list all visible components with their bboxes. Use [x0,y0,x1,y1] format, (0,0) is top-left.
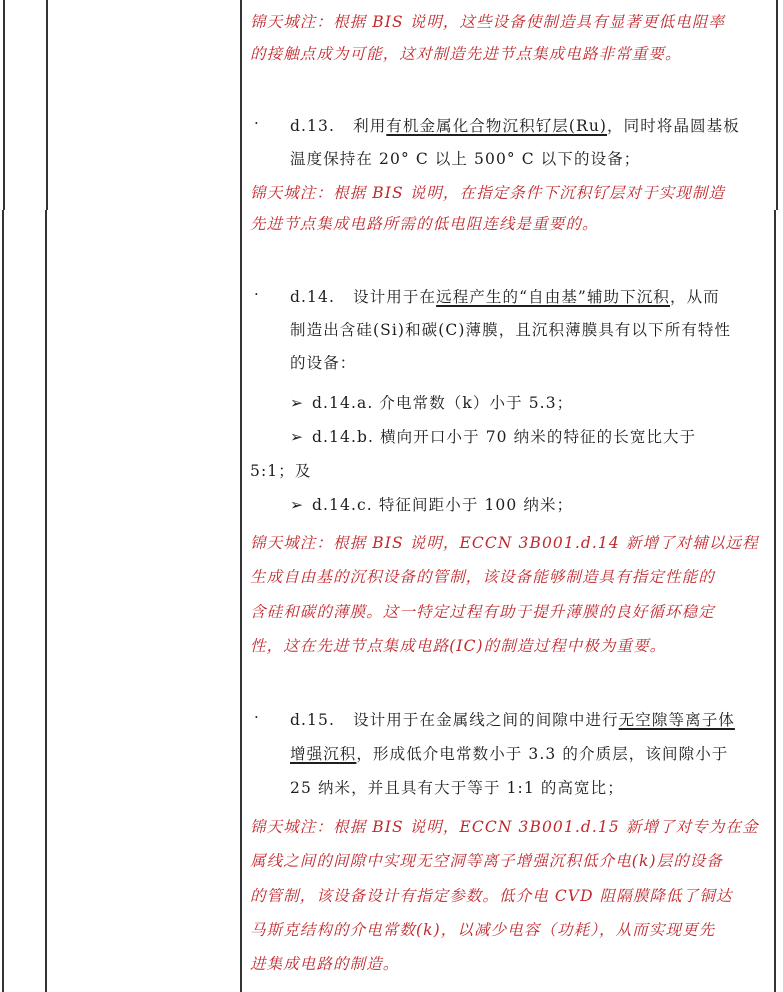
bullet-icon: · [254,114,259,132]
note-line: 马斯克结构的介电常数(k)，以减少电容（功耗），从而实现更先 [250,918,715,940]
note-line: 先进节点集成电路所需的低电阻连线是重要的。 [250,212,599,234]
note-line: 锦天城注：根据 BIS 说明，ECCN 3B001.d.15 新增了对专为在金 [250,815,759,837]
arrow-bullet-icon: ➢ [290,496,312,514]
underlined-term: 增强沉积 [290,745,356,763]
subitem-text: d.14.a. 介电常数（k）小于 5.3； [312,394,573,412]
item-text: 设计用于在金属线之间的间隙中进行 [353,711,619,729]
note-line: 锦天城注：根据 BIS 说明，ECCN 3B001.d.14 新增了对辅以远程 [250,531,759,553]
subitem-d14b: ➢d.14.b. 横向开口小于 70 纳米的特征的长宽比大于 [290,425,696,447]
subitem-d14b-cont: 5:1；及 [250,459,311,481]
item-text: 设计用于在 [353,288,436,306]
table-border-col3 [240,0,242,992]
note-line: 锦天城注：根据 BIS 说明，这些设备使制造具有显著更低电阻率 [250,10,725,32]
item-id: d.14. [290,288,335,306]
table-border-right-bottom [774,210,776,992]
table-border-col2-bottom [45,210,47,992]
item-id: d.15. [290,711,335,729]
note-line: 生成自由基的沉积设备的管制，该设备能够制造具有指定性能的 [250,565,715,587]
note-line: 性，这在先进节点集成电路(IC)的制造过程中极为重要。 [250,634,666,656]
bullet-icon: · [254,708,259,726]
note-line: 锦天城注：根据 BIS 说明，在指定条件下沉积钌层对于实现制造 [250,181,725,203]
underlined-term: 有机金属化合物沉积钌层(Ru) [386,117,607,135]
arrow-bullet-icon: ➢ [290,394,312,412]
item-d15-line1: d.15. 设计用于在金属线之间的间隙中进行无空隙等离子体 [290,708,735,730]
subitem-d14c: ➢d.14.c. 特征间距小于 100 纳米； [290,493,573,515]
item-d14-line2: 制造出含硅(Si)和碳(C)薄膜，且沉积薄膜具有以下所有特性 [290,318,731,340]
table-border-right-top [776,0,778,210]
item-text: ，同时将晶圆基板 [607,117,740,135]
subitem-d14a: ➢d.14.a. 介电常数（k）小于 5.3； [290,391,573,413]
item-d13-line1: d.13. 利用有机金属化合物沉积钌层(Ru)，同时将晶圆基板 [290,114,740,136]
note-line: 的接触点成为可能，这对制造先进节点集成电路非常重要。 [250,42,682,64]
underlined-term: 无空隙等离子体 [619,711,735,729]
table-border-col2-top [46,0,48,210]
table-border-left-bottom [2,210,4,992]
note-line: 含硅和碳的薄膜。这一特定过程有助于提升薄膜的良好循环稳定 [250,600,715,622]
item-d14-line3: 的设备： [290,351,356,373]
subitem-text: d.14.b. 横向开口小于 70 纳米的特征的长宽比大于 [312,428,696,446]
table-border-left-top [3,0,5,210]
item-text: ，形成低介电常数小于 3.3 的介质层，该间隙小于 [356,745,728,763]
subitem-text: d.14.c. 特征间距小于 100 纳米； [312,496,573,514]
note-line: 属线之间的间隙中实现无空洞等离子增强沉积低介电(k)层的设备 [250,849,723,871]
item-text: ，从而 [670,288,720,306]
item-d15-line3: 25 纳米，并且具有大于等于 1:1 的高宽比； [290,776,624,798]
item-text: 利用 [353,117,386,135]
bullet-icon: · [254,285,259,303]
underlined-term: 远程产生的“自由基”辅助下沉积 [436,288,670,306]
item-id: d.13. [290,117,335,135]
arrow-bullet-icon: ➢ [290,428,312,446]
item-d13-line2: 温度保持在 20° C 以上 500° C 以下的设备； [290,147,640,169]
item-d14-line1: d.14. 设计用于在远程产生的“自由基”辅助下沉积，从而 [290,285,720,307]
item-d15-line2: 增强沉积，形成低介电常数小于 3.3 的介质层，该间隙小于 [290,742,728,764]
note-line: 的管制，该设备设计有指定参数。低介电 CVD 阻隔膜降低了铜达 [250,884,732,906]
note-line: 进集成电路的制造。 [250,952,399,974]
